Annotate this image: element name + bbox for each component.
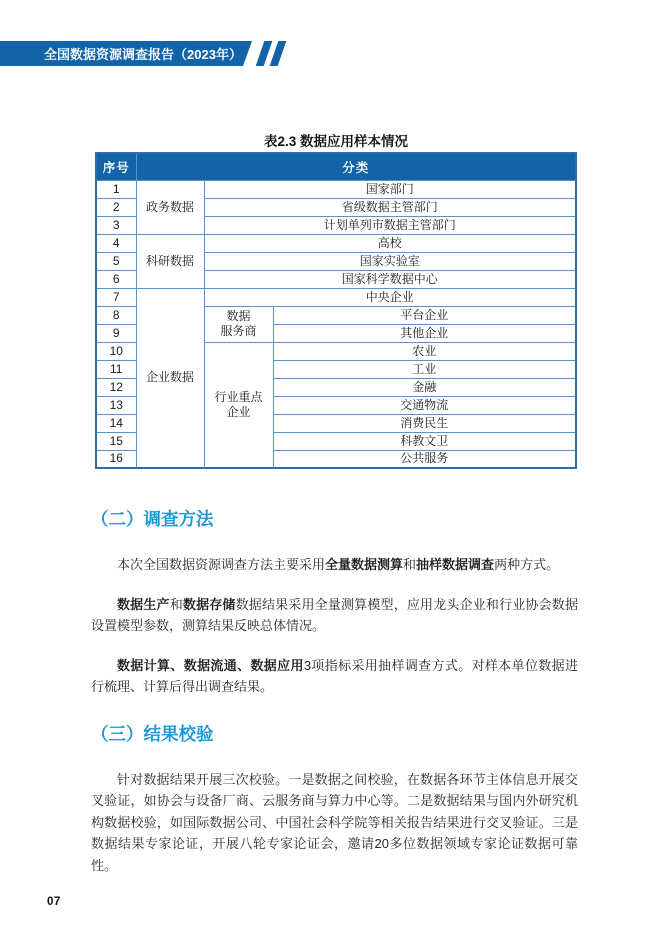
table-cell: 行业重点企业 — [204, 342, 273, 468]
table-row: 7企业数据中央企业 — [96, 288, 576, 306]
table-cell: 省级数据主管部门 — [204, 198, 576, 216]
table-cell: 公共服务 — [273, 450, 576, 468]
section-result-check-paragraphs: 针对数据结果开展三次校验。一是数据之间校验，在数据各环节主体信息开展交叉验证，如… — [91, 769, 578, 877]
table-title: 表2.3 数据应用样本情况 — [95, 130, 577, 150]
table-header-fenlei: 分类 — [136, 153, 576, 180]
table-row: 1政务数据国家部门 — [96, 180, 576, 198]
paragraph: 本次全国数据资源调查方法主要采用全量数据测算和抽样数据调查两种方式。 — [91, 554, 578, 576]
text-run: 两种方式。 — [494, 557, 559, 572]
table-cell: 计划单列市数据主管部门 — [204, 216, 576, 234]
table-cell: 国家实验室 — [204, 252, 576, 270]
paragraph: 数据生产和数据存储数据结果采用全量测算模型，应用龙头企业和行业协会数据设置模型参… — [91, 594, 578, 637]
report-title: 全国数据资源调查报告（2023年） — [44, 44, 242, 63]
table-cell: 农业 — [273, 342, 576, 360]
table-header-xuhao: 序号 — [96, 153, 136, 180]
report-page: 全国数据资源调查报告（2023年） 表2.3 数据应用样本情况 序号 分类 1政… — [0, 0, 665, 944]
table-body: 1政务数据国家部门2省级数据主管部门3计划单列市数据主管部门4科研数据高校5国家… — [96, 180, 576, 468]
table-cell-index: 13 — [96, 396, 136, 414]
table-cell-index: 14 — [96, 414, 136, 432]
table-cell-index: 2 — [96, 198, 136, 216]
bold-text-run: 数据存储 — [183, 597, 236, 612]
section-heading-result-check: （三）结果校验 — [91, 724, 578, 745]
bold-text-run: 全量数据测算 — [325, 557, 403, 572]
text-run: 和 — [170, 597, 183, 612]
table-cell: 工业 — [273, 360, 576, 378]
text-run: 本次全国数据资源调查方法主要采用 — [117, 557, 325, 572]
table-cell: 科教文卫 — [273, 432, 576, 450]
table-cell-index: 16 — [96, 450, 136, 468]
table-cell: 平台企业 — [273, 306, 576, 324]
table-cell: 政务数据 — [136, 180, 204, 234]
banner-stripe-icon — [270, 41, 287, 66]
table-cell-index: 9 — [96, 324, 136, 342]
page-header-banner: 全国数据资源调查报告（2023年） — [0, 41, 252, 66]
table-cell: 高校 — [204, 234, 576, 252]
table-cell: 企业数据 — [136, 288, 204, 468]
table-header-row: 序号 分类 — [96, 153, 576, 180]
paragraph: 针对数据结果开展三次校验。一是数据之间校验，在数据各环节主体信息开展交叉验证，如… — [91, 769, 578, 877]
section-heading-survey-method: （二）调查方法 — [91, 509, 578, 530]
section-survey-method-paragraphs: 本次全国数据资源调查方法主要采用全量数据测算和抽样数据调查两种方式。数据生产和数… — [91, 554, 578, 698]
table-cell: 国家部门 — [204, 180, 576, 198]
table-cell: 国家科学数据中心 — [204, 270, 576, 288]
table-cell-index: 6 — [96, 270, 136, 288]
page-number: 07 — [47, 896, 61, 908]
table-cell: 交通物流 — [273, 396, 576, 414]
table-cell-index: 1 — [96, 180, 136, 198]
text-run: 针对数据结果开展三次校验。一是数据之间校验，在数据各环节主体信息开展交叉验证，如… — [91, 772, 578, 873]
table-cell: 科研数据 — [136, 234, 204, 288]
table-cell-index: 7 — [96, 288, 136, 306]
table-cell-index: 12 — [96, 378, 136, 396]
bold-text-run: 抽样数据调查 — [416, 557, 494, 572]
table-cell: 金融 — [273, 378, 576, 396]
table-cell: 中央企业 — [204, 288, 576, 306]
table-cell-index: 3 — [96, 216, 136, 234]
text-run: 和 — [403, 557, 416, 572]
table-cell-index: 8 — [96, 306, 136, 324]
sample-table: 序号 分类 1政务数据国家部门2省级数据主管部门3计划单列市数据主管部门4科研数… — [95, 152, 577, 469]
table-cell-index: 10 — [96, 342, 136, 360]
paragraph: 数据计算、数据流通、数据应用3项指标采用抽样调查方式。对样本单位数据进行梳理、计… — [91, 655, 578, 698]
bold-text-run: 数据计算、数据流通、数据应用 — [117, 658, 304, 673]
table-row: 4科研数据高校 — [96, 234, 576, 252]
table-cell-index: 15 — [96, 432, 136, 450]
table-cell-index: 11 — [96, 360, 136, 378]
table-cell: 数据服务商 — [204, 306, 273, 342]
report-text-content: （二）调查方法 本次全国数据资源调查方法主要采用全量数据测算和抽样数据调查两种方… — [91, 509, 578, 894]
table-cell-index: 5 — [96, 252, 136, 270]
table-cell: 消费民生 — [273, 414, 576, 432]
table-cell-index: 4 — [96, 234, 136, 252]
table-cell: 其他企业 — [273, 324, 576, 342]
bold-text-run: 数据生产 — [117, 597, 170, 612]
